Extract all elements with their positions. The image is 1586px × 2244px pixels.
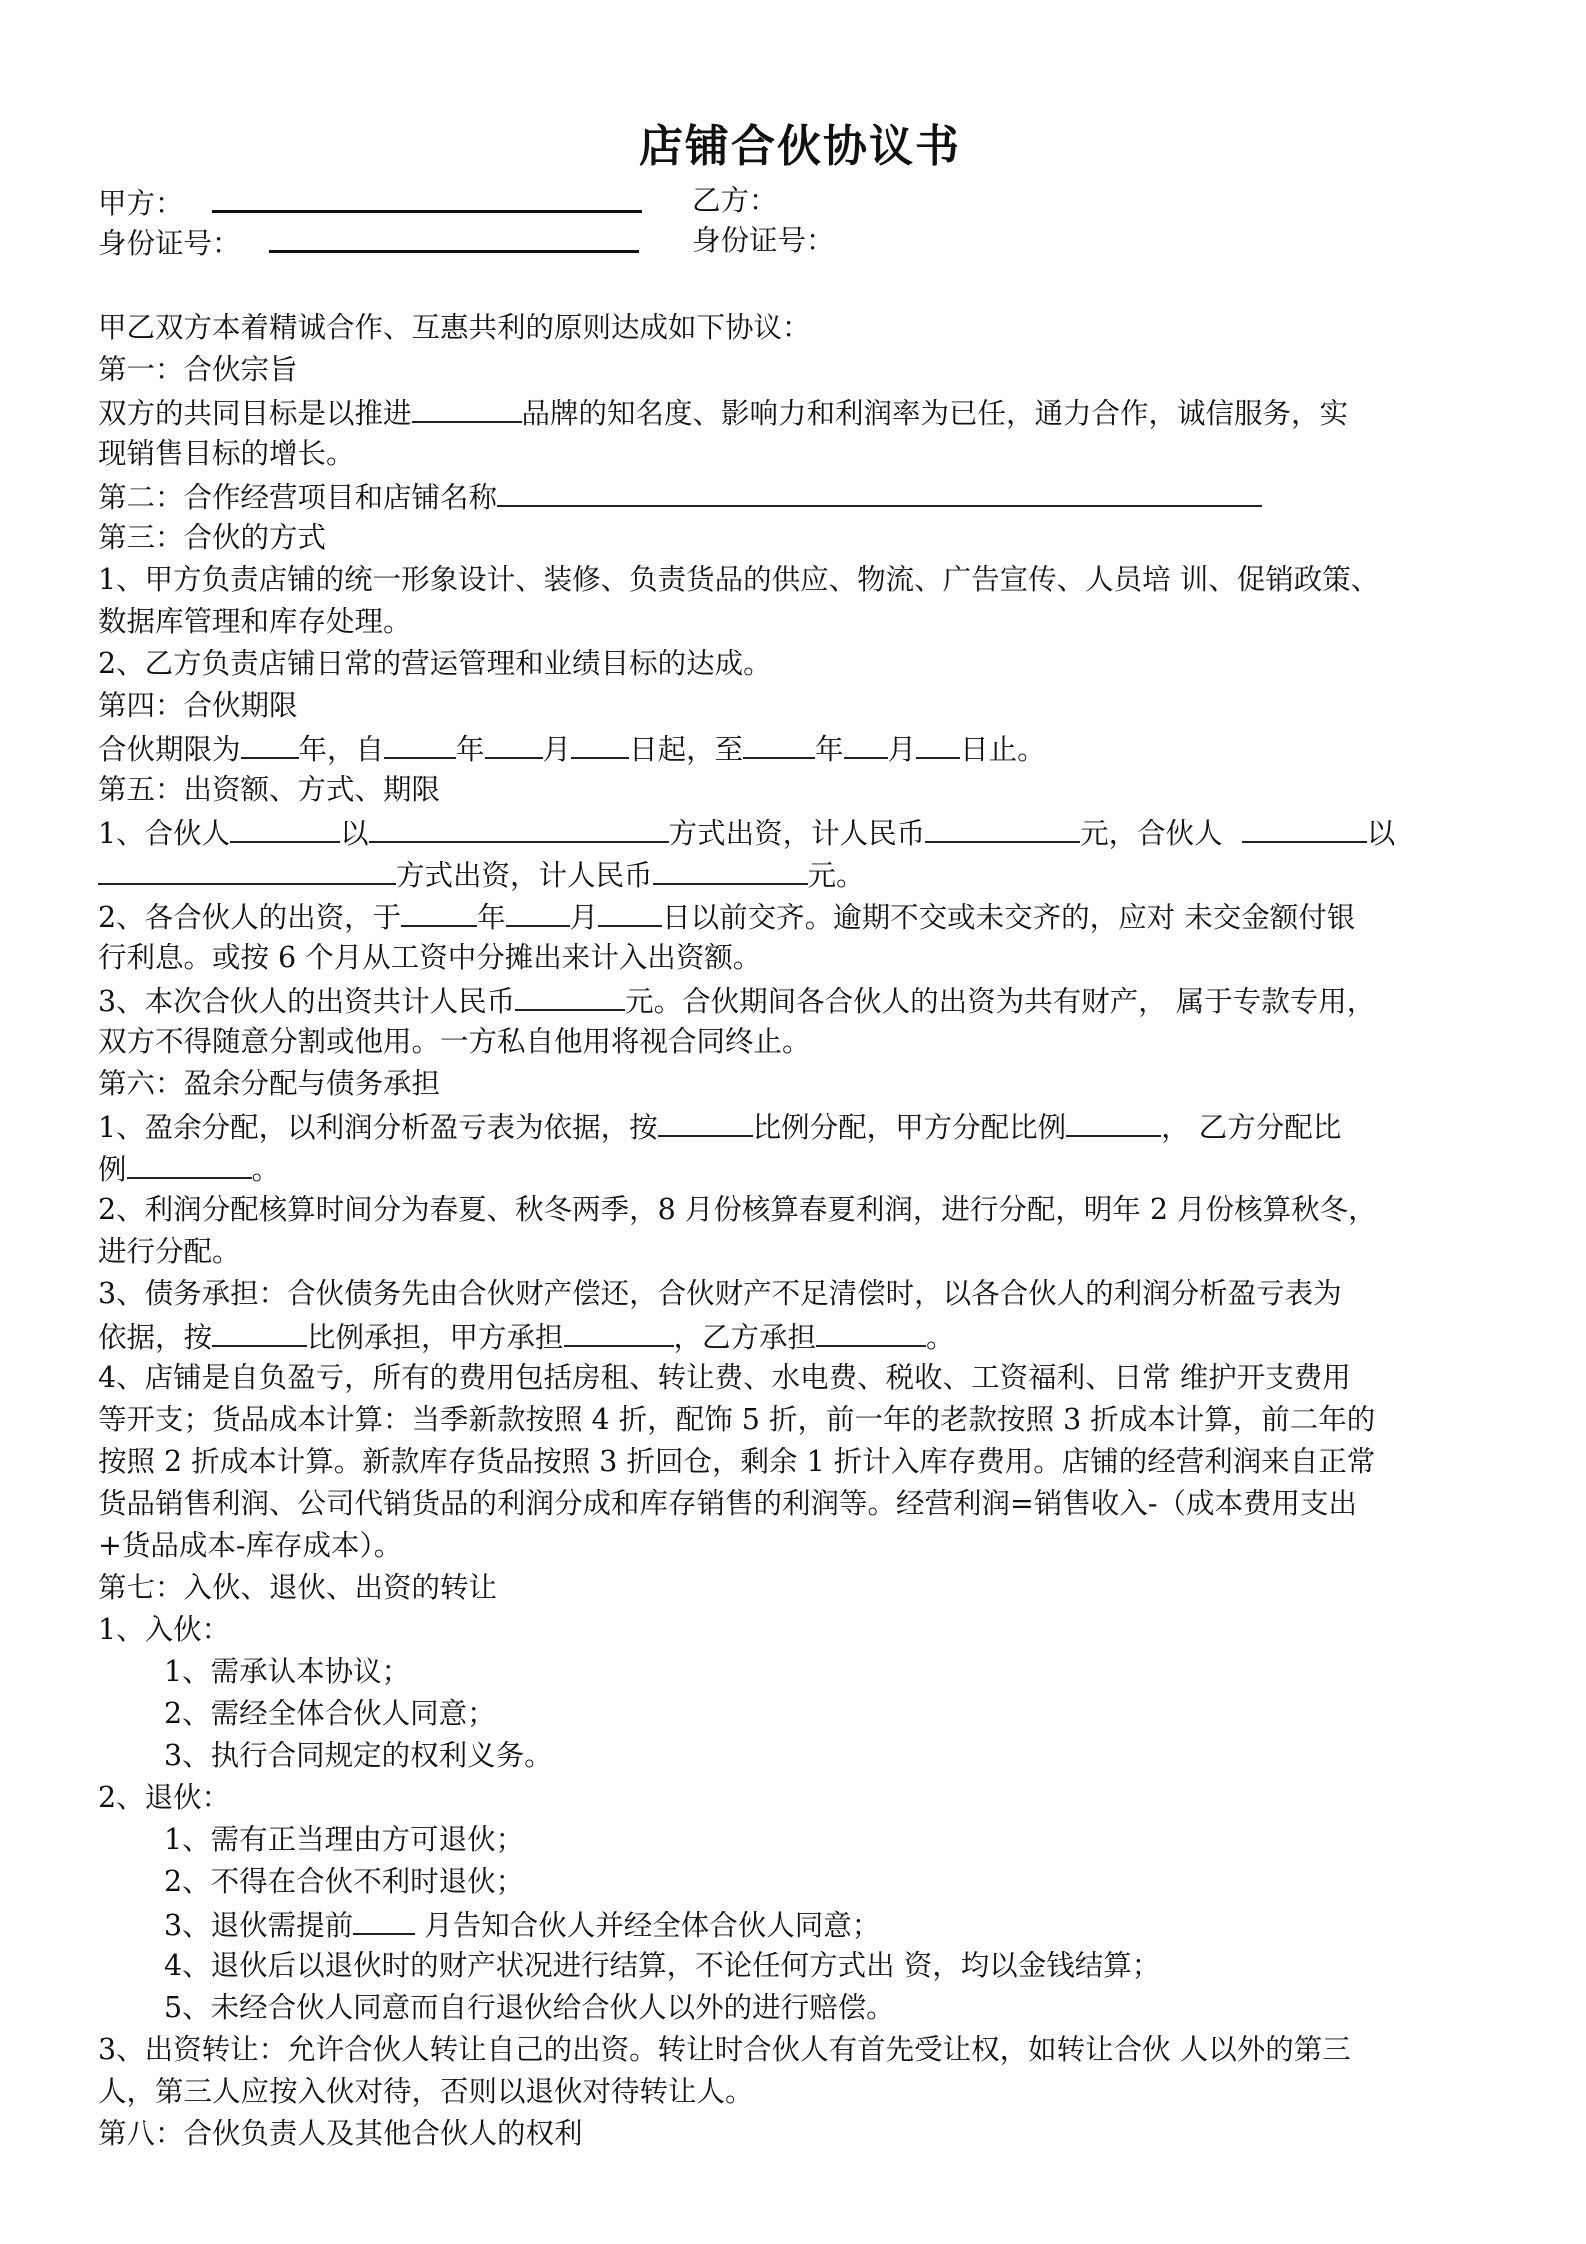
section-5-item-3-cont: 双方不得随意分割或他用。一方私自他用将视合同终止。	[98, 1021, 811, 1063]
section-3-item-2: 2、乙方负责店铺日常的营运管理和业绩目标的达成。	[98, 643, 772, 685]
end-month-blank	[844, 727, 888, 759]
party-a-ratio-blank	[1066, 1105, 1161, 1137]
text: 年	[815, 733, 844, 766]
section-1-heading: 第一：合伙宗旨	[98, 349, 298, 391]
section-5-item-2: 2、各合伙人的出资，于年月日以前交齐。逾期不交或未交齐的，应对 未交金额付银	[98, 895, 1355, 939]
text: 3、本次合伙人的出资共计人民币	[98, 985, 515, 1018]
text: 依据，按	[98, 1321, 212, 1354]
quit-item-4: 4、退伙后以退伙时的财产状况进行结算，不论任何方式出 资，均以金钱结算；	[164, 1945, 1160, 1987]
section-6-item-1: 1、盈余分配，以利润分析盈亏表为依据，按比例分配，甲方分配比例， 乙方分配比	[98, 1105, 1341, 1149]
text: 日起，至	[629, 733, 743, 766]
section-8-heading: 第八：合伙负责人及其他合伙人的权利	[98, 2113, 583, 2155]
text: 1、盈余分配，以利润分析盈亏表为依据，按	[98, 1111, 658, 1144]
deadline-day-blank	[598, 895, 662, 927]
text: 方式出资，计人民币	[396, 859, 653, 892]
section-5-item-1-cont: 方式出资，计人民币元。	[98, 853, 865, 897]
party-b-ratio-blank	[127, 1147, 252, 1179]
text: 3、退伙需提前	[164, 1909, 353, 1942]
quit-item-5: 5、未经合伙人同意而自行退伙给合伙人以外的进行赔偿。	[164, 1987, 895, 2029]
party-a-label: 甲方：	[98, 187, 184, 220]
notice-months-blank	[353, 1903, 415, 1935]
section-6-item-3: 3、债务承担：合伙债务先由合伙财产偿还，合伙财产不足清偿时，以各合伙人的利润分析…	[98, 1273, 1342, 1315]
quit-item-2: 2、不得在合伙不利时退伙；	[164, 1861, 524, 1903]
party-b-debt-blank	[816, 1315, 926, 1347]
section-4-heading: 第四：合伙期限	[98, 685, 298, 727]
join-label: 1、入伙：	[98, 1609, 230, 1651]
text: 品牌的知名度、影响力和利润率为已任，通力合作，诚信服务，实	[522, 397, 1349, 430]
brand-blank	[412, 391, 522, 423]
section-6-item-1-cont: 例。	[98, 1147, 280, 1191]
text: 元。合伙期间各合伙人的出资为共有财产， 属于专款专用，	[625, 985, 1375, 1018]
section-5-item-1: 1、合伙人以方式出资，计人民币元，合伙人 以	[98, 811, 1395, 855]
party-a-blank	[212, 180, 642, 213]
party-a-row: 甲方：	[98, 180, 642, 225]
section-5-heading: 第五：出资额、方式、期限	[98, 769, 440, 811]
id-a-blank	[269, 220, 639, 253]
text: 以	[1367, 817, 1396, 850]
section-2-heading: 第二：合作经营项目和店铺名称	[98, 481, 497, 514]
total-amount-blank	[515, 979, 625, 1011]
text: 双方的共同目标是以推进	[98, 397, 412, 430]
section-7-heading: 第七：入伙、退伙、出资的转让	[98, 1567, 497, 1609]
join-item-2: 2、需经全体合伙人同意；	[164, 1693, 496, 1735]
section-3-item-1: 1、甲方负责店铺的统一形象设计、装修、负责货品的供应、物流、广告宣传、人员培 训…	[98, 559, 1379, 601]
quit-item-3: 3、退伙需提前 月告知合伙人并经全体合伙人同意；	[164, 1903, 880, 1947]
start-year-blank	[384, 727, 456, 759]
transfer-text-cont: 人，第三人应按入伙对待，否则以退伙对待转让人。	[98, 2071, 754, 2113]
text: 方式出资，计人民币	[669, 817, 926, 850]
section-6-item-4: 4、店铺是自负盈亏，所有的费用包括房租、转让费、水电费、税收、工资福利、日常 维…	[98, 1357, 1351, 1399]
text: ， 乙方分配比	[1161, 1111, 1341, 1144]
text: 合伙期限为	[98, 733, 241, 766]
section-6-item-2: 2、利润分配核算时间分为春夏、秋冬两季，8 月份核算春夏利润，进行分配，明年 2…	[98, 1189, 1377, 1231]
debt-ratio-blank	[212, 1315, 307, 1347]
section-6-heading: 第六：盈余分配与债务承担	[98, 1063, 440, 1105]
text: 例	[98, 1153, 127, 1186]
section-6-item-4-d: 货品销售利润、公司代销货品的利润分成和库存销售的利润等。经营利润=销售收入-（成…	[98, 1483, 1357, 1525]
partner-1-blank	[230, 811, 340, 843]
quit-item-1: 1、需有正当理由方可退伙；	[164, 1819, 524, 1861]
ratio-blank	[658, 1105, 753, 1137]
text: 日以前交齐。逾期不交或未交齐的，应对 未交金额付银	[662, 901, 1355, 934]
id-b-label: 身份证号：	[692, 220, 835, 262]
store-name-blank	[497, 475, 1262, 507]
text: 日止。	[960, 733, 1046, 766]
method-2-blank	[98, 853, 396, 885]
section-2-row: 第二：合作经营项目和店铺名称	[98, 475, 1262, 519]
deadline-month-blank	[506, 895, 570, 927]
text: ，乙方承担	[674, 1321, 817, 1354]
section-5-item-2-cont: 行利息。或按 6 个月从工资中分摊出来计入出资额。	[98, 937, 761, 979]
amount-1-blank	[925, 811, 1080, 843]
deadline-year-blank	[401, 895, 477, 927]
text: 以	[340, 817, 369, 850]
join-item-3: 3、执行合同规定的权利义务。	[164, 1735, 553, 1777]
section-3-heading: 第三：合伙的方式	[98, 517, 326, 559]
section-3-item-1-cont: 数据库管理和库存处理。	[98, 601, 412, 643]
section-1-text-cont: 现销售目标的增长。	[98, 433, 355, 475]
end-day-blank	[916, 727, 960, 759]
text: 月告知合伙人并经全体合伙人同意；	[415, 1909, 880, 1942]
section-6-item-4-e: +货品成本-库存成本）。	[98, 1525, 402, 1567]
section-4-term: 合伙期限为年，自年月日起，至年月日止。	[98, 727, 1046, 771]
partner-2-blank	[1242, 811, 1367, 843]
text: 月	[888, 733, 917, 766]
text: 月	[543, 733, 572, 766]
section-5-item-3: 3、本次合伙人的出资共计人民币元。合伙期间各合伙人的出资为共有财产， 属于专款专…	[98, 979, 1375, 1023]
text: 。	[252, 1153, 281, 1186]
quit-label: 2、退伙：	[98, 1777, 230, 1819]
end-year-blank	[743, 727, 815, 759]
section-6-item-3-cont: 依据，按比例承担，甲方承担，乙方承担。	[98, 1315, 955, 1359]
party-b-label: 乙方：	[692, 180, 778, 222]
id-a-label: 身份证号：	[98, 227, 241, 260]
text: 2、各合伙人的出资，于	[98, 901, 401, 934]
text: 年	[477, 901, 506, 934]
text: 比例分配，甲方分配比例	[753, 1111, 1067, 1144]
text: 年，自	[299, 733, 385, 766]
id-a-row: 身份证号：	[98, 220, 639, 265]
section-6-item-4-b: 等开支；货品成本计算：当季新款按照 4 折，配饰 5 折，前一年的老款按照 3 …	[98, 1399, 1375, 1441]
text: 。	[926, 1321, 955, 1354]
amount-2-blank	[653, 853, 808, 885]
intro-text: 甲乙双方本着精诚合作、互惠共利的原则达成如下协议：	[98, 307, 811, 349]
party-a-debt-blank	[564, 1315, 674, 1347]
section-1-text: 双方的共同目标是以推进品牌的知名度、影响力和利润率为已任，通力合作，诚信服务，实	[98, 391, 1348, 435]
text: 元，合伙人	[1080, 817, 1232, 850]
section-6-item-4-c: 按照 2 折成本计算。新款库存货品按照 3 折回仓，剩余 1 折计入库存费用。店…	[98, 1441, 1375, 1483]
start-day-blank	[571, 727, 629, 759]
text: 年	[456, 733, 485, 766]
text: 月	[570, 901, 599, 934]
document-title: 店铺合伙协议书	[98, 110, 1502, 174]
years-blank	[241, 727, 299, 759]
transfer-text: 3、出资转让：允许合伙人转让自己的出资。转让时合伙人有首先受让权，如转让合伙 人…	[98, 2029, 1351, 2071]
section-6-item-2-cont: 进行分配。	[98, 1231, 241, 1273]
text: 元。	[808, 859, 865, 892]
start-month-blank	[485, 727, 543, 759]
text: 比例承担，甲方承担	[307, 1321, 564, 1354]
text: 1、合伙人	[98, 817, 230, 850]
join-item-1: 1、需承认本协议；	[164, 1651, 410, 1693]
method-1-blank	[369, 811, 669, 843]
